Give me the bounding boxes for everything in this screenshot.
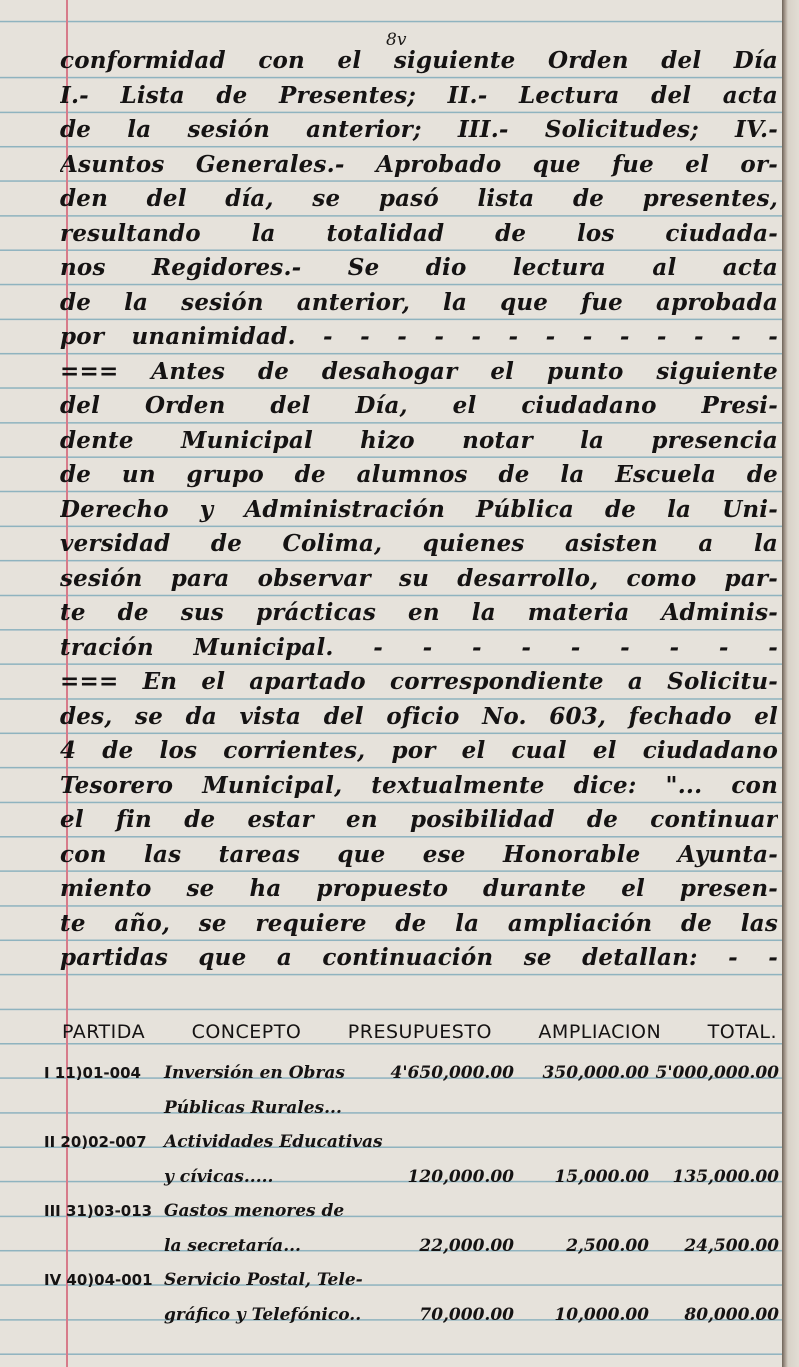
handwritten-body: conformidad con el siguiente Orden del D…	[60, 44, 778, 976]
text-line: tración Municipal. - - - - - - - - -	[60, 631, 778, 666]
text-line: de la sesión anterior, la que fue aproba…	[60, 286, 778, 321]
budget-table: I 11)01-004 Inversión en Obras 4'650,000…	[44, 1056, 779, 1332]
text-line: === Antes de desahogar el punto siguient…	[60, 355, 778, 390]
text-line: sesión para observar su desarrollo, como…	[60, 562, 778, 597]
cell-presupuesto: 22,000.00	[384, 1229, 514, 1263]
text-line: versidad de Colima, quienes asisten a la	[60, 527, 778, 562]
text-line: Asuntos Generales.- Aprobado que fue el …	[60, 148, 778, 183]
header-presupuesto: PRESUPUESTO	[348, 1021, 492, 1043]
cell-concepto: y cívicas.....	[164, 1160, 273, 1194]
text-line: te año, se requiere de la ampliación de …	[60, 907, 778, 942]
cell-partida: I 11)01-004	[44, 1056, 141, 1090]
cell-ampliacion: 2,500.00	[524, 1229, 649, 1263]
cell-partida: III 31)03-013	[44, 1194, 152, 1228]
text-line: Derecho y Administración Pública de la U…	[60, 493, 778, 528]
cell-ampliacion: 10,000.00	[524, 1298, 649, 1332]
text-line: den del día, se pasó lista de presentes,	[60, 182, 778, 217]
text-line: I.- Lista de Presentes; II.- Lectura del…	[60, 79, 778, 114]
cell-total: 80,000.00	[654, 1298, 779, 1332]
text-line: de la sesión anterior; III.- Solicitudes…	[60, 113, 778, 148]
table-row: gráfico y Telefónico.. 70,000.00 10,000.…	[44, 1298, 779, 1333]
table-row: y cívicas..... 120,000.00 15,000.00 135,…	[44, 1160, 779, 1195]
cell-presupuesto: 120,000.00	[384, 1160, 514, 1194]
table-row: IV 40)04-001 Servicio Postal, Tele-	[44, 1263, 779, 1298]
text-line: des, se da vista del oficio No. 603, fec…	[60, 700, 778, 735]
notebook-page: 8v conformidad con el siguiente Orden de…	[0, 0, 782, 1367]
budget-table-header: PARTIDA CONCEPTO PRESUPUESTO AMPLIACION …	[62, 1021, 777, 1043]
cell-ampliacion: 15,000.00	[524, 1160, 649, 1194]
header-total: TOTAL.	[708, 1021, 777, 1043]
cell-concepto: la secretaría...	[164, 1229, 301, 1263]
text-line: nos Regidores.- Se dio lectura al acta	[60, 251, 778, 286]
text-line: partidas que a continuación se detallan:…	[60, 941, 778, 976]
cell-concepto: Actividades Educativas	[164, 1125, 383, 1159]
text-line: 4 de los corrientes, por el cual el ciud…	[60, 734, 778, 769]
header-partida: PARTIDA	[62, 1021, 145, 1043]
table-row: III 31)03-013 Gastos menores de	[44, 1194, 779, 1229]
cell-partida: II 20)02-007	[44, 1125, 147, 1159]
header-concepto: CONCEPTO	[192, 1021, 302, 1043]
text-line: el fin de estar en posibilidad de contin…	[60, 803, 778, 838]
cell-concepto: Servicio Postal, Tele-	[164, 1263, 363, 1297]
text-line: te de sus prácticas en la materia Admini…	[60, 596, 778, 631]
table-row: Públicas Rurales...	[44, 1091, 779, 1126]
table-row: la secretaría... 22,000.00 2,500.00 24,5…	[44, 1229, 779, 1264]
cell-total: 24,500.00	[654, 1229, 779, 1263]
text-line: miento se ha propuesto durante el presen…	[60, 872, 778, 907]
cell-concepto: Inversión en Obras	[164, 1056, 345, 1090]
text-line: === En el apartado correspondiente a Sol…	[60, 665, 778, 700]
cell-concepto: gráfico y Telefónico..	[164, 1298, 361, 1332]
cell-total: 135,000.00	[654, 1160, 779, 1194]
cell-ampliacion: 350,000.00	[524, 1056, 649, 1090]
header-ampliacion: AMPLIACION	[538, 1021, 661, 1043]
text-line: conformidad con el siguiente Orden del D…	[60, 44, 778, 79]
cell-presupuesto: 4'650,000.00	[384, 1056, 514, 1090]
text-line: de un grupo de alumnos de la Escuela de	[60, 458, 778, 493]
table-row: II 20)02-007 Actividades Educativas	[44, 1125, 779, 1160]
binding-edge	[782, 0, 799, 1367]
cell-concepto: Gastos menores de	[164, 1194, 344, 1228]
table-row: I 11)01-004 Inversión en Obras 4'650,000…	[44, 1056, 779, 1091]
cell-partida: IV 40)04-001	[44, 1263, 153, 1297]
text-line: resultando la totalidad de los ciudada-	[60, 217, 778, 252]
text-line: del Orden del Día, el ciudadano Presi-	[60, 389, 778, 424]
text-line: dente Municipal hizo notar la presencia	[60, 424, 778, 459]
cell-presupuesto: 70,000.00	[384, 1298, 514, 1332]
cell-total: 5'000,000.00	[654, 1056, 779, 1090]
cell-concepto: Públicas Rurales...	[164, 1091, 342, 1125]
text-line: por unanimidad. - - - - - - - - - - - - …	[60, 320, 778, 355]
text-line: con las tareas que ese Honorable Ayunta-	[60, 838, 778, 873]
text-line: Tesorero Municipal, textualmente dice: "…	[60, 769, 778, 804]
